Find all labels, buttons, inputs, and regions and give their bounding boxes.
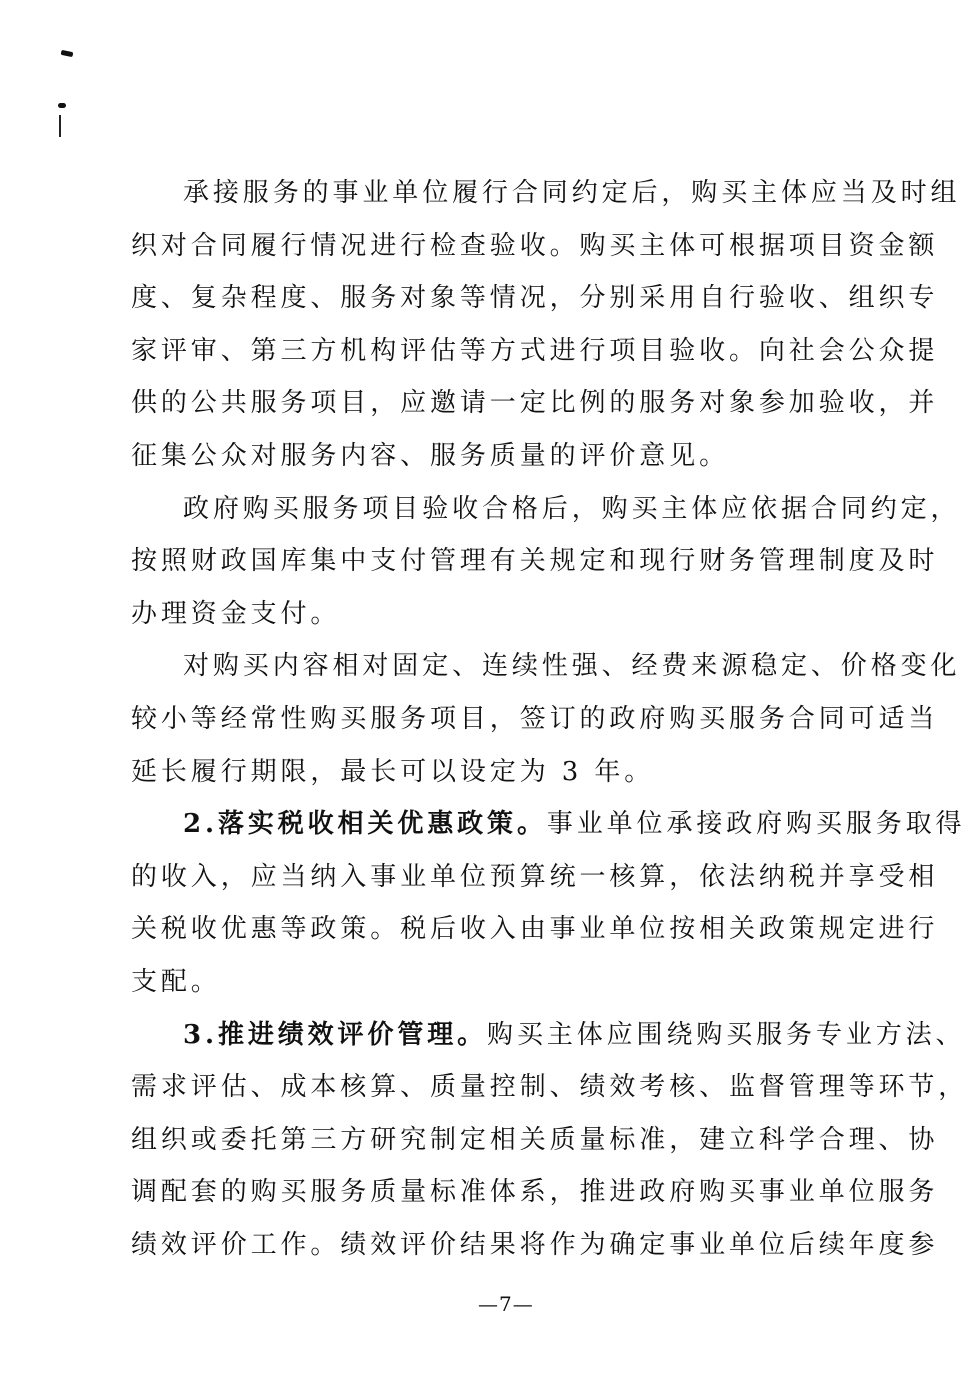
paragraph-line: 征集公众对服务内容、服务质量的评价意见。 — [131, 435, 861, 488]
paragraph-line: 度、复杂程度、服务对象等情况，分别采用自行验收、组织专 — [131, 277, 861, 330]
paragraph-line: 家评审、第三方机构评估等方式进行项目验收。向社会公众提 — [131, 330, 861, 383]
scan-artifact-mark — [61, 50, 74, 57]
paragraph-text: 购买主体应围绕购买服务专业方法、 — [487, 1020, 965, 1050]
paragraph-line: 的收入，应当纳入事业单位预算统一核算，依法纳税并享受相 — [131, 856, 861, 909]
page-number: —7— — [478, 1292, 534, 1316]
paragraph-line: 延长履行期限，最长可以设定为 3 年。 — [131, 751, 861, 804]
paragraph-line: 调配套的购买服务质量标准体系，推进政府购买事业单位服务 — [131, 1171, 861, 1224]
paragraph-line: 按照财政国库集中支付管理有关规定和现行财务管理制度及时 — [131, 540, 861, 593]
paragraph-line: 支配。 — [131, 961, 861, 1014]
document-page: 承接服务的事业单位履行合同约定后，购买主体应当及时组 织对合同履行情况进行检查验… — [0, 0, 972, 1385]
paragraph-line: 绩效评价工作。绩效评价结果将作为确定事业单位后续年度参 — [131, 1224, 861, 1277]
paragraph-line: 需求评估、成本核算、质量控制、绩效考核、监督管理等环节， — [131, 1066, 861, 1119]
paragraph-line: 较小等经常性购买服务项目，签订的政府购买服务合同可适当 — [131, 698, 861, 751]
paragraph-line: 对购买内容相对固定、连续性强、经费来源稳定、价格变化 — [131, 645, 861, 698]
section-first-line: 2.落实税收相关优惠政策。事业单位承接政府购买服务取得 — [131, 803, 861, 856]
paragraph-line: 政府购买服务项目验收合格后，购买主体应依据合同约定， — [131, 488, 861, 541]
paragraph-line: 组织或委托第三方研究制定相关质量标准，建立科学合理、协 — [131, 1119, 861, 1172]
scan-artifact-line — [59, 115, 61, 137]
paragraph-line: 办理资金支付。 — [131, 593, 861, 646]
paragraph-line: 关税收优惠等政策。税后收入由事业单位按相关政策规定进行 — [131, 908, 861, 961]
paragraph-line: 织对合同履行情况进行检查验收。购买主体可根据项目资金额 — [131, 225, 861, 278]
section-first-line: 3.推进绩效评价管理。购买主体应围绕购买服务专业方法、 — [131, 1014, 861, 1067]
paragraph-text: 事业单位承接政府购买服务取得 — [547, 809, 966, 839]
section-heading: 3.推进绩效评价管理。 — [183, 1020, 487, 1050]
scan-artifact-mark — [58, 103, 66, 108]
document-body: 承接服务的事业单位履行合同约定后，购买主体应当及时组 织对合同履行情况进行检查验… — [131, 172, 861, 1276]
paragraph-line: 供的公共服务项目，应邀请一定比例的服务对象参加验收，并 — [131, 382, 861, 435]
paragraph-line: 承接服务的事业单位履行合同约定后，购买主体应当及时组 — [131, 172, 861, 225]
section-heading: 2.落实税收相关优惠政策。 — [183, 809, 547, 839]
